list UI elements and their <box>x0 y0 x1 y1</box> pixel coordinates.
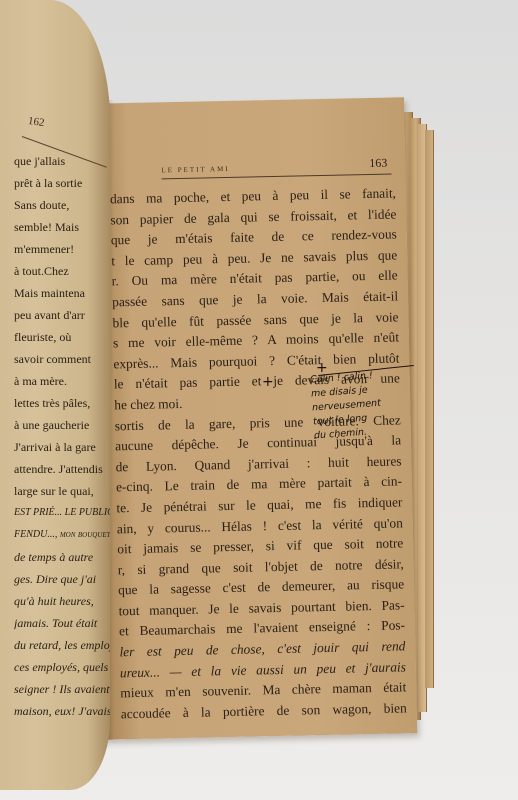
insertion-mark: + <box>262 374 274 390</box>
text-line: lettes très pâles, <box>14 392 110 414</box>
text-line: ces employés, quels <box>14 656 110 678</box>
text-line: ges. Dire que j'ai <box>14 568 110 590</box>
text-line: maison, eux! J'avais <box>14 700 110 722</box>
running-title: LE PETIT AMI <box>161 165 229 174</box>
text-line: seigner ! Ils avaient <box>14 678 110 700</box>
text-line: Mais maintena <box>14 282 110 304</box>
text-line: à une gaucherie <box>14 414 110 436</box>
text-line: EST PRIÉ... LE PUBLIC <box>14 502 110 524</box>
body-text: dans ma poche, et peu à peu il se fanait… <box>110 183 407 724</box>
text-line: savoir comment <box>14 348 110 370</box>
text-line: jamais. Tout était <box>14 612 110 634</box>
text-line: semble! Mais <box>14 216 110 238</box>
text-line: peu avant d'arr <box>14 304 110 326</box>
text-line: FENDU..., mon bouquet <box>14 524 110 546</box>
running-head: LE PETIT AMI 163 <box>161 156 391 180</box>
text-line: qu'à huit heures, <box>14 590 110 612</box>
text-line: de temps à autre <box>14 546 110 568</box>
text-line: attendre. J'attendis <box>14 458 110 480</box>
text-line: que j'allais <box>14 150 110 172</box>
page-number: 163 <box>369 156 387 171</box>
text-line: à ma mère. <box>14 370 110 392</box>
text-line: prêt à la sortie <box>14 172 110 194</box>
book-photo: LE PETIT AMI 163 dans ma poche, et peu à… <box>0 0 518 800</box>
text-line: à tout.Chez <box>14 260 110 282</box>
text-line: m'emmener! <box>14 238 110 260</box>
handwritten-margin-note: Calin ! calin !me disais jenerveusementt… <box>310 367 415 444</box>
text-line: Sans doute, <box>14 194 110 216</box>
left-body-text: que j'allaisprêt à la sortieSans doute,s… <box>14 150 110 722</box>
text-line: du retard, les employés <box>14 634 110 656</box>
leaf-edge <box>425 130 434 688</box>
left-page-number: 162 <box>27 115 45 129</box>
left-page: 162 que j'allaisprêt à la sortieSans dou… <box>0 0 110 790</box>
text-line: J'arrivai à la gare <box>14 436 110 458</box>
text-line: large sur le quai, <box>14 480 110 502</box>
text-line: fleuriste, où <box>14 326 110 348</box>
